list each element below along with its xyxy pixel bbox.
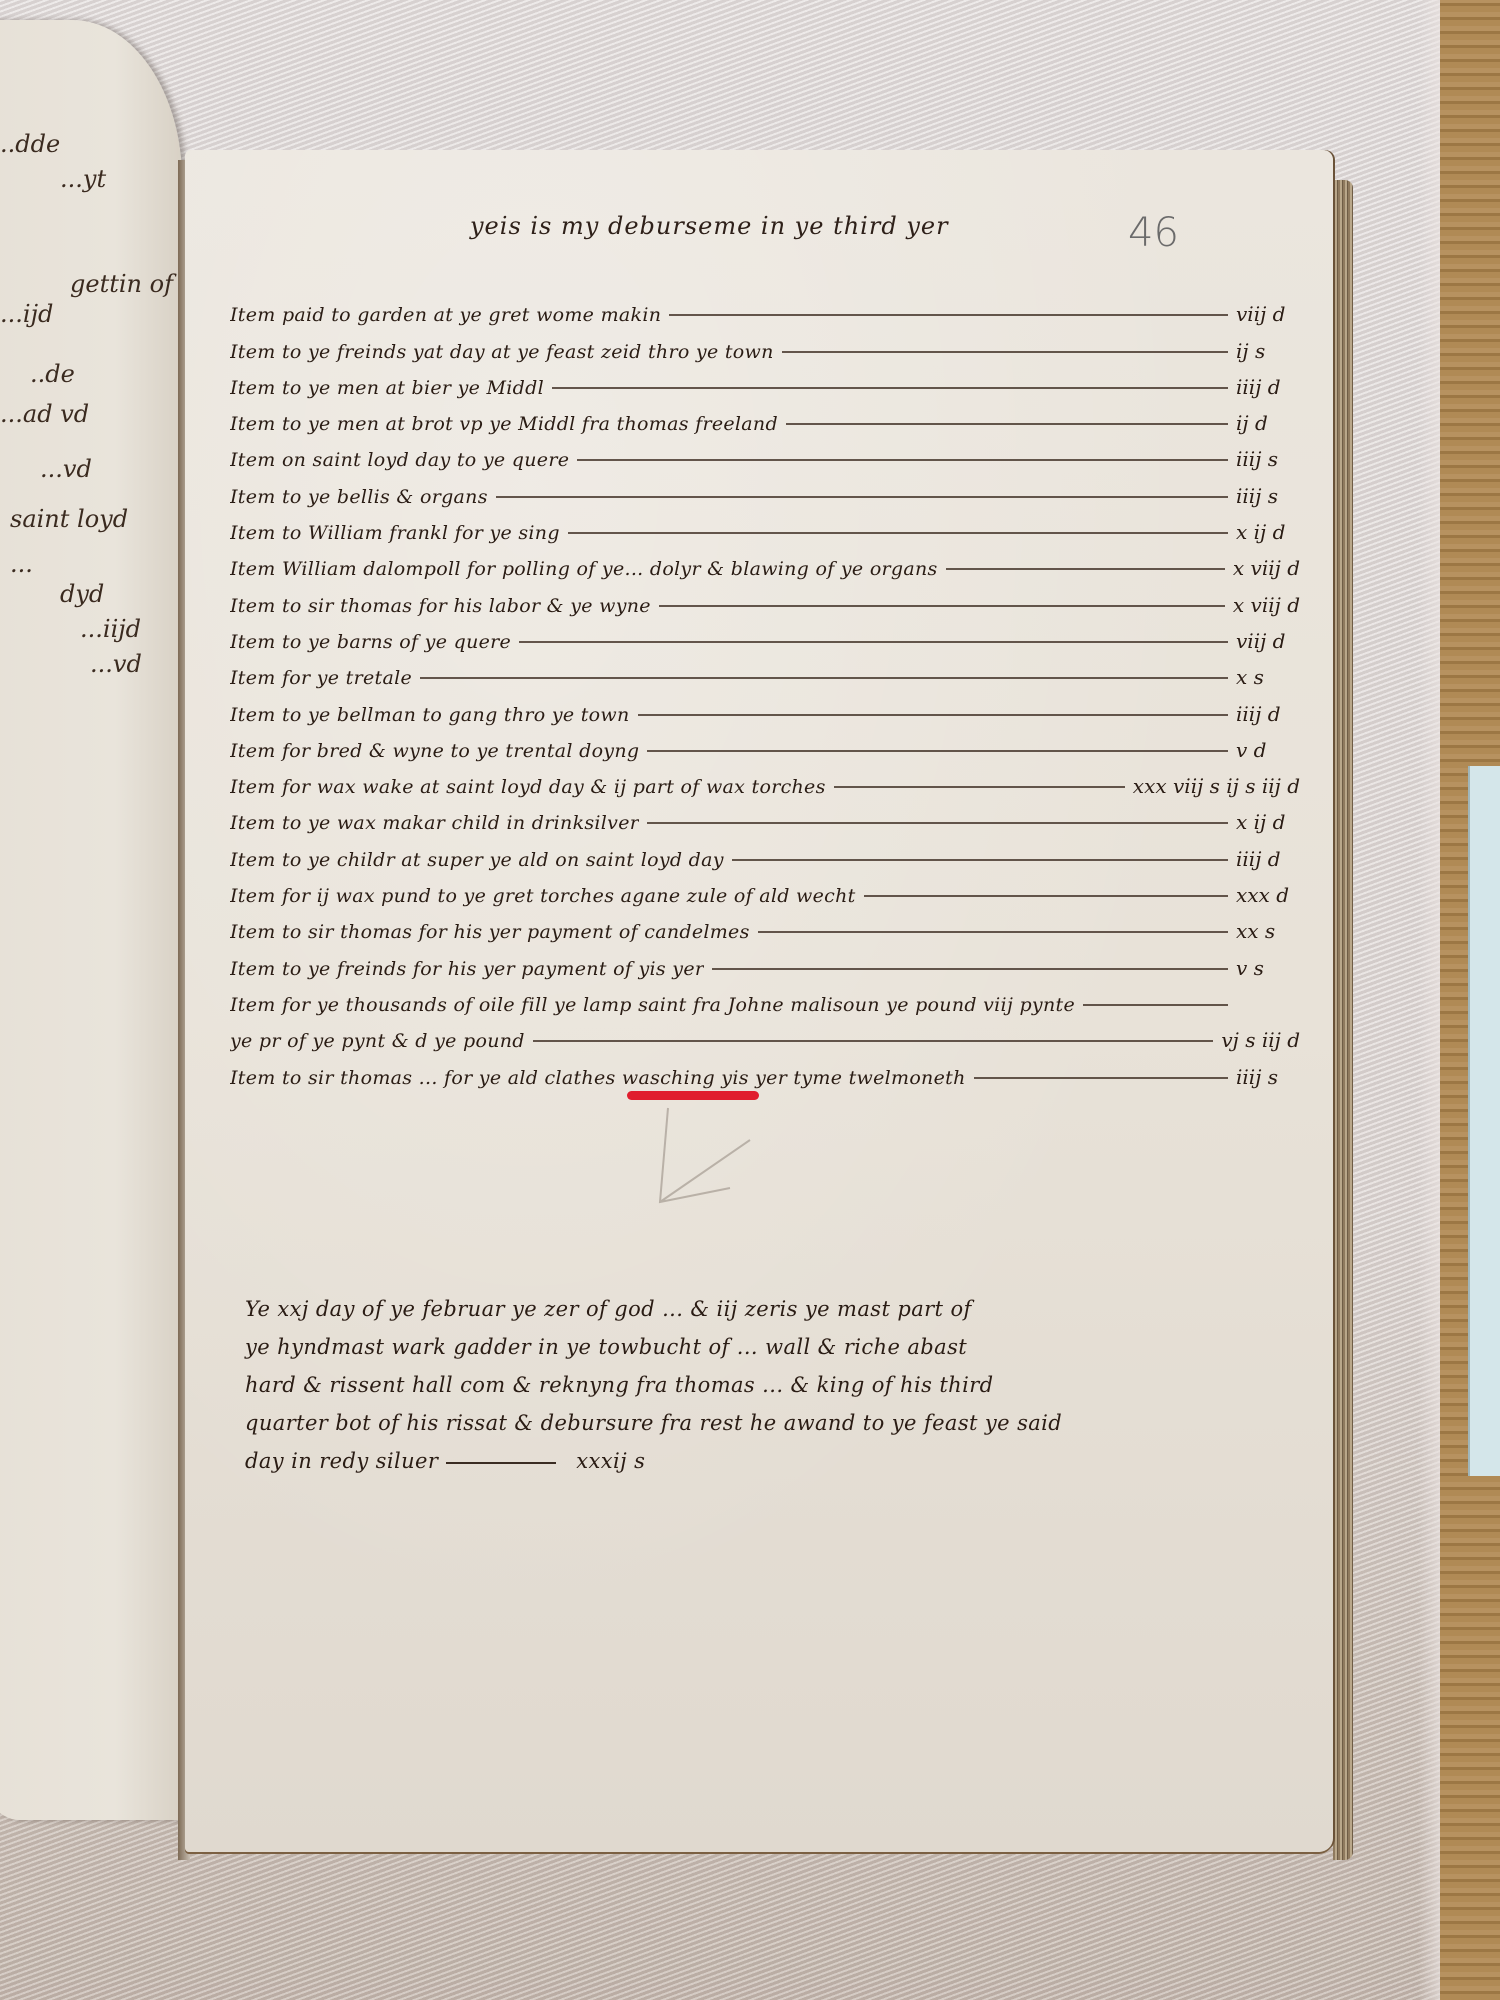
entry-rule-line bbox=[834, 786, 1125, 788]
entry-text: Item to ye barns of ye quere bbox=[230, 631, 511, 653]
account-entry: Item to ye freinds yat day at ye feast z… bbox=[230, 326, 1300, 362]
blue-card bbox=[1468, 766, 1500, 1476]
entry-amount: x s bbox=[1236, 665, 1300, 689]
entry-text: Item to ye bellis & organs bbox=[230, 486, 488, 508]
entry-rule-line bbox=[568, 532, 1228, 534]
page-heading: yeis is my deburseme in ye third yer bbox=[470, 212, 949, 240]
folio-number: 46 bbox=[1128, 210, 1179, 256]
account-entry: Item to sir thomas for his yer payment o… bbox=[230, 907, 1300, 943]
account-entry: Item to ye bellman to gang thro ye towni… bbox=[230, 689, 1300, 725]
account-entry: Item to William frankl for ye singx ij d bbox=[230, 508, 1300, 544]
entry-rule-line bbox=[782, 351, 1228, 353]
account-entry: Item William dalompoll for polling of ye… bbox=[230, 544, 1300, 580]
entry-text: Item William dalompoll for polling of ye… bbox=[230, 558, 938, 580]
entry-text: Item for ij wax pund to ye gret torches … bbox=[230, 885, 856, 907]
entry-rule-line bbox=[519, 641, 1228, 643]
entry-amount: iiij s bbox=[1236, 447, 1300, 471]
account-entry: Item for ij wax pund to ye gret torches … bbox=[230, 871, 1300, 907]
account-entries: Item paid to garden at ye gret wome maki… bbox=[230, 290, 1300, 1089]
left-page-fragment: ... bbox=[10, 550, 33, 578]
entry-text: Item to sir thomas for his yer payment o… bbox=[230, 921, 750, 943]
left-page-fragment: ...iijd bbox=[80, 615, 141, 643]
left-page-fragment: ...ijd bbox=[0, 300, 53, 328]
account-entry: Item to sir thomas for his labor & ye wy… bbox=[230, 580, 1300, 616]
entry-rule-line bbox=[864, 895, 1228, 897]
entry-amount: x viij d bbox=[1233, 593, 1300, 617]
entry-rule-line bbox=[974, 1077, 1228, 1079]
entry-rule-line bbox=[712, 968, 1228, 970]
entry-rule-line bbox=[732, 859, 1228, 861]
left-page-fragment: ...vd bbox=[40, 455, 92, 483]
entry-amount: vj s iij d bbox=[1221, 1028, 1300, 1052]
memo-line: hard & rissent hall com & reknyng fra th… bbox=[245, 1366, 1335, 1404]
account-entry: Item to ye men at bier ye Middliiij d bbox=[230, 363, 1300, 399]
entry-amount: xxx viij s ij s iij d bbox=[1133, 774, 1300, 798]
entry-rule-line bbox=[577, 459, 1228, 461]
entry-amount: ij s bbox=[1236, 339, 1300, 363]
entry-rule-line bbox=[946, 568, 1225, 570]
entry-text: Item for bred & wyne to ye trental doyng bbox=[230, 740, 639, 762]
entry-text: Item paid to garden at ye gret wome maki… bbox=[230, 304, 661, 326]
entry-text: Item for wax wake at saint loyd day & ij… bbox=[230, 776, 826, 798]
entry-amount: iiij s bbox=[1236, 1065, 1300, 1089]
entry-amount: iiij d bbox=[1236, 375, 1300, 399]
account-entry: ye pr of ye pynt & d ye poundvj s iij d bbox=[230, 1016, 1300, 1052]
memo-line: day in redy siluerxxxij s bbox=[245, 1442, 1335, 1480]
account-entry: Item to ye bellis & organsiiij s bbox=[230, 471, 1300, 507]
entry-amount: iiij d bbox=[1236, 847, 1300, 871]
memo-line: Ye xxj day of ye februar ye zer of god .… bbox=[245, 1290, 1335, 1328]
entry-text: Item to ye men at brot vp ye Middl fra t… bbox=[230, 413, 778, 435]
entry-rule-line bbox=[1083, 1004, 1228, 1006]
entry-amount: ij d bbox=[1236, 411, 1300, 435]
entry-rule-line bbox=[659, 605, 1225, 607]
entry-amount: xx s bbox=[1236, 919, 1300, 943]
entry-amount: v d bbox=[1236, 738, 1300, 762]
entry-text: Item to sir thomas for his labor & ye wy… bbox=[230, 595, 651, 617]
account-entry: Item to ye childr at super ye ald on sai… bbox=[230, 834, 1300, 870]
entry-amount: viij d bbox=[1236, 629, 1300, 653]
entry-rule-line bbox=[647, 750, 1228, 752]
account-entry: Item for wax wake at saint loyd day & ij… bbox=[230, 762, 1300, 798]
entry-text: Item on saint loyd day to ye quere bbox=[230, 449, 569, 471]
entry-amount: iiij s bbox=[1236, 484, 1300, 508]
entry-rule-line bbox=[758, 931, 1228, 933]
entry-amount: xxx d bbox=[1236, 883, 1300, 907]
account-entry: Item on saint loyd day to ye quereiiij s bbox=[230, 435, 1300, 471]
entry-amount: viij d bbox=[1236, 302, 1300, 326]
account-entry: Item to sir thomas ... for ye ald clathe… bbox=[230, 1052, 1300, 1088]
entry-text: Item for ye thousands of oile fill ye la… bbox=[230, 994, 1075, 1016]
entry-rule-line bbox=[420, 677, 1228, 679]
pencil-mark-icon bbox=[640, 1100, 770, 1210]
entry-amount: x viij d bbox=[1233, 556, 1300, 580]
memo-rule-line bbox=[446, 1462, 556, 1464]
memo-line: ye hyndmast wark gadder in ye towbucht o… bbox=[245, 1328, 1335, 1366]
left-page-fragment: ...yt bbox=[60, 165, 106, 193]
left-page-fragment: ...vd bbox=[90, 650, 142, 678]
memo-line: quarter bot of his rissat & debursure fr… bbox=[245, 1404, 1335, 1442]
entry-text: Item to ye freinds yat day at ye feast z… bbox=[230, 341, 774, 363]
account-entry: Item to ye men at brot vp ye Middl fra t… bbox=[230, 399, 1300, 435]
account-entry: Item to ye barns of ye quereviij d bbox=[230, 617, 1300, 653]
left-page-fragment: saint loyd bbox=[10, 505, 128, 533]
account-entry: Item paid to garden at ye gret wome maki… bbox=[230, 290, 1300, 326]
entry-amount: x ij d bbox=[1236, 520, 1300, 544]
entry-amount: iiij d bbox=[1236, 702, 1300, 726]
entry-rule-line bbox=[786, 423, 1228, 425]
entry-rule-line bbox=[647, 822, 1228, 824]
entry-rule-line bbox=[669, 314, 1228, 316]
entry-rule-line bbox=[496, 496, 1228, 498]
account-entry: Item for ye tretalex s bbox=[230, 653, 1300, 689]
entry-text: Item to ye men at bier ye Middl bbox=[230, 377, 544, 399]
entry-text: Item to ye freinds for his yer payment o… bbox=[230, 958, 704, 980]
memorandum-block: Ye xxj day of ye februar ye zer of god .… bbox=[245, 1290, 1335, 1480]
entry-rule-line bbox=[533, 1040, 1214, 1042]
page-edges bbox=[1333, 180, 1353, 1860]
left-page-fragment: ...ad vd bbox=[0, 400, 89, 428]
entry-amount: v s bbox=[1236, 956, 1300, 980]
left-page-fragment: ..de bbox=[30, 360, 75, 388]
left-page-fragment: ..dde bbox=[0, 130, 60, 158]
account-entry: Item to ye freinds for his yer payment o… bbox=[230, 943, 1300, 979]
entry-text: Item to sir thomas ... for ye ald clathe… bbox=[230, 1067, 966, 1089]
entry-text: Item to ye wax makar child in drinksilve… bbox=[230, 812, 639, 834]
entry-text: Item to William frankl for ye sing bbox=[230, 522, 560, 544]
red-highlight-underline bbox=[627, 1091, 759, 1100]
account-entry: Item for ye thousands of oile fill ye la… bbox=[230, 980, 1300, 1016]
account-entry: Item for bred & wyne to ye trental doyng… bbox=[230, 726, 1300, 762]
account-entry: Item to ye wax makar child in drinksilve… bbox=[230, 798, 1300, 834]
entry-amount: x ij d bbox=[1236, 810, 1300, 834]
entry-text: Item to ye childr at super ye ald on sai… bbox=[230, 849, 724, 871]
entry-rule-line bbox=[552, 387, 1228, 389]
entry-text: Item to ye bellman to gang thro ye town bbox=[230, 704, 630, 726]
left-page-fragment: dyd bbox=[60, 580, 104, 608]
left-page-fragment: gettin of bbox=[70, 270, 173, 298]
memo-total: xxxij s bbox=[576, 1442, 645, 1480]
entry-text: ye pr of ye pynt & d ye pound bbox=[230, 1030, 525, 1052]
entry-rule-line bbox=[638, 714, 1228, 716]
entry-text: Item for ye tretale bbox=[230, 667, 412, 689]
